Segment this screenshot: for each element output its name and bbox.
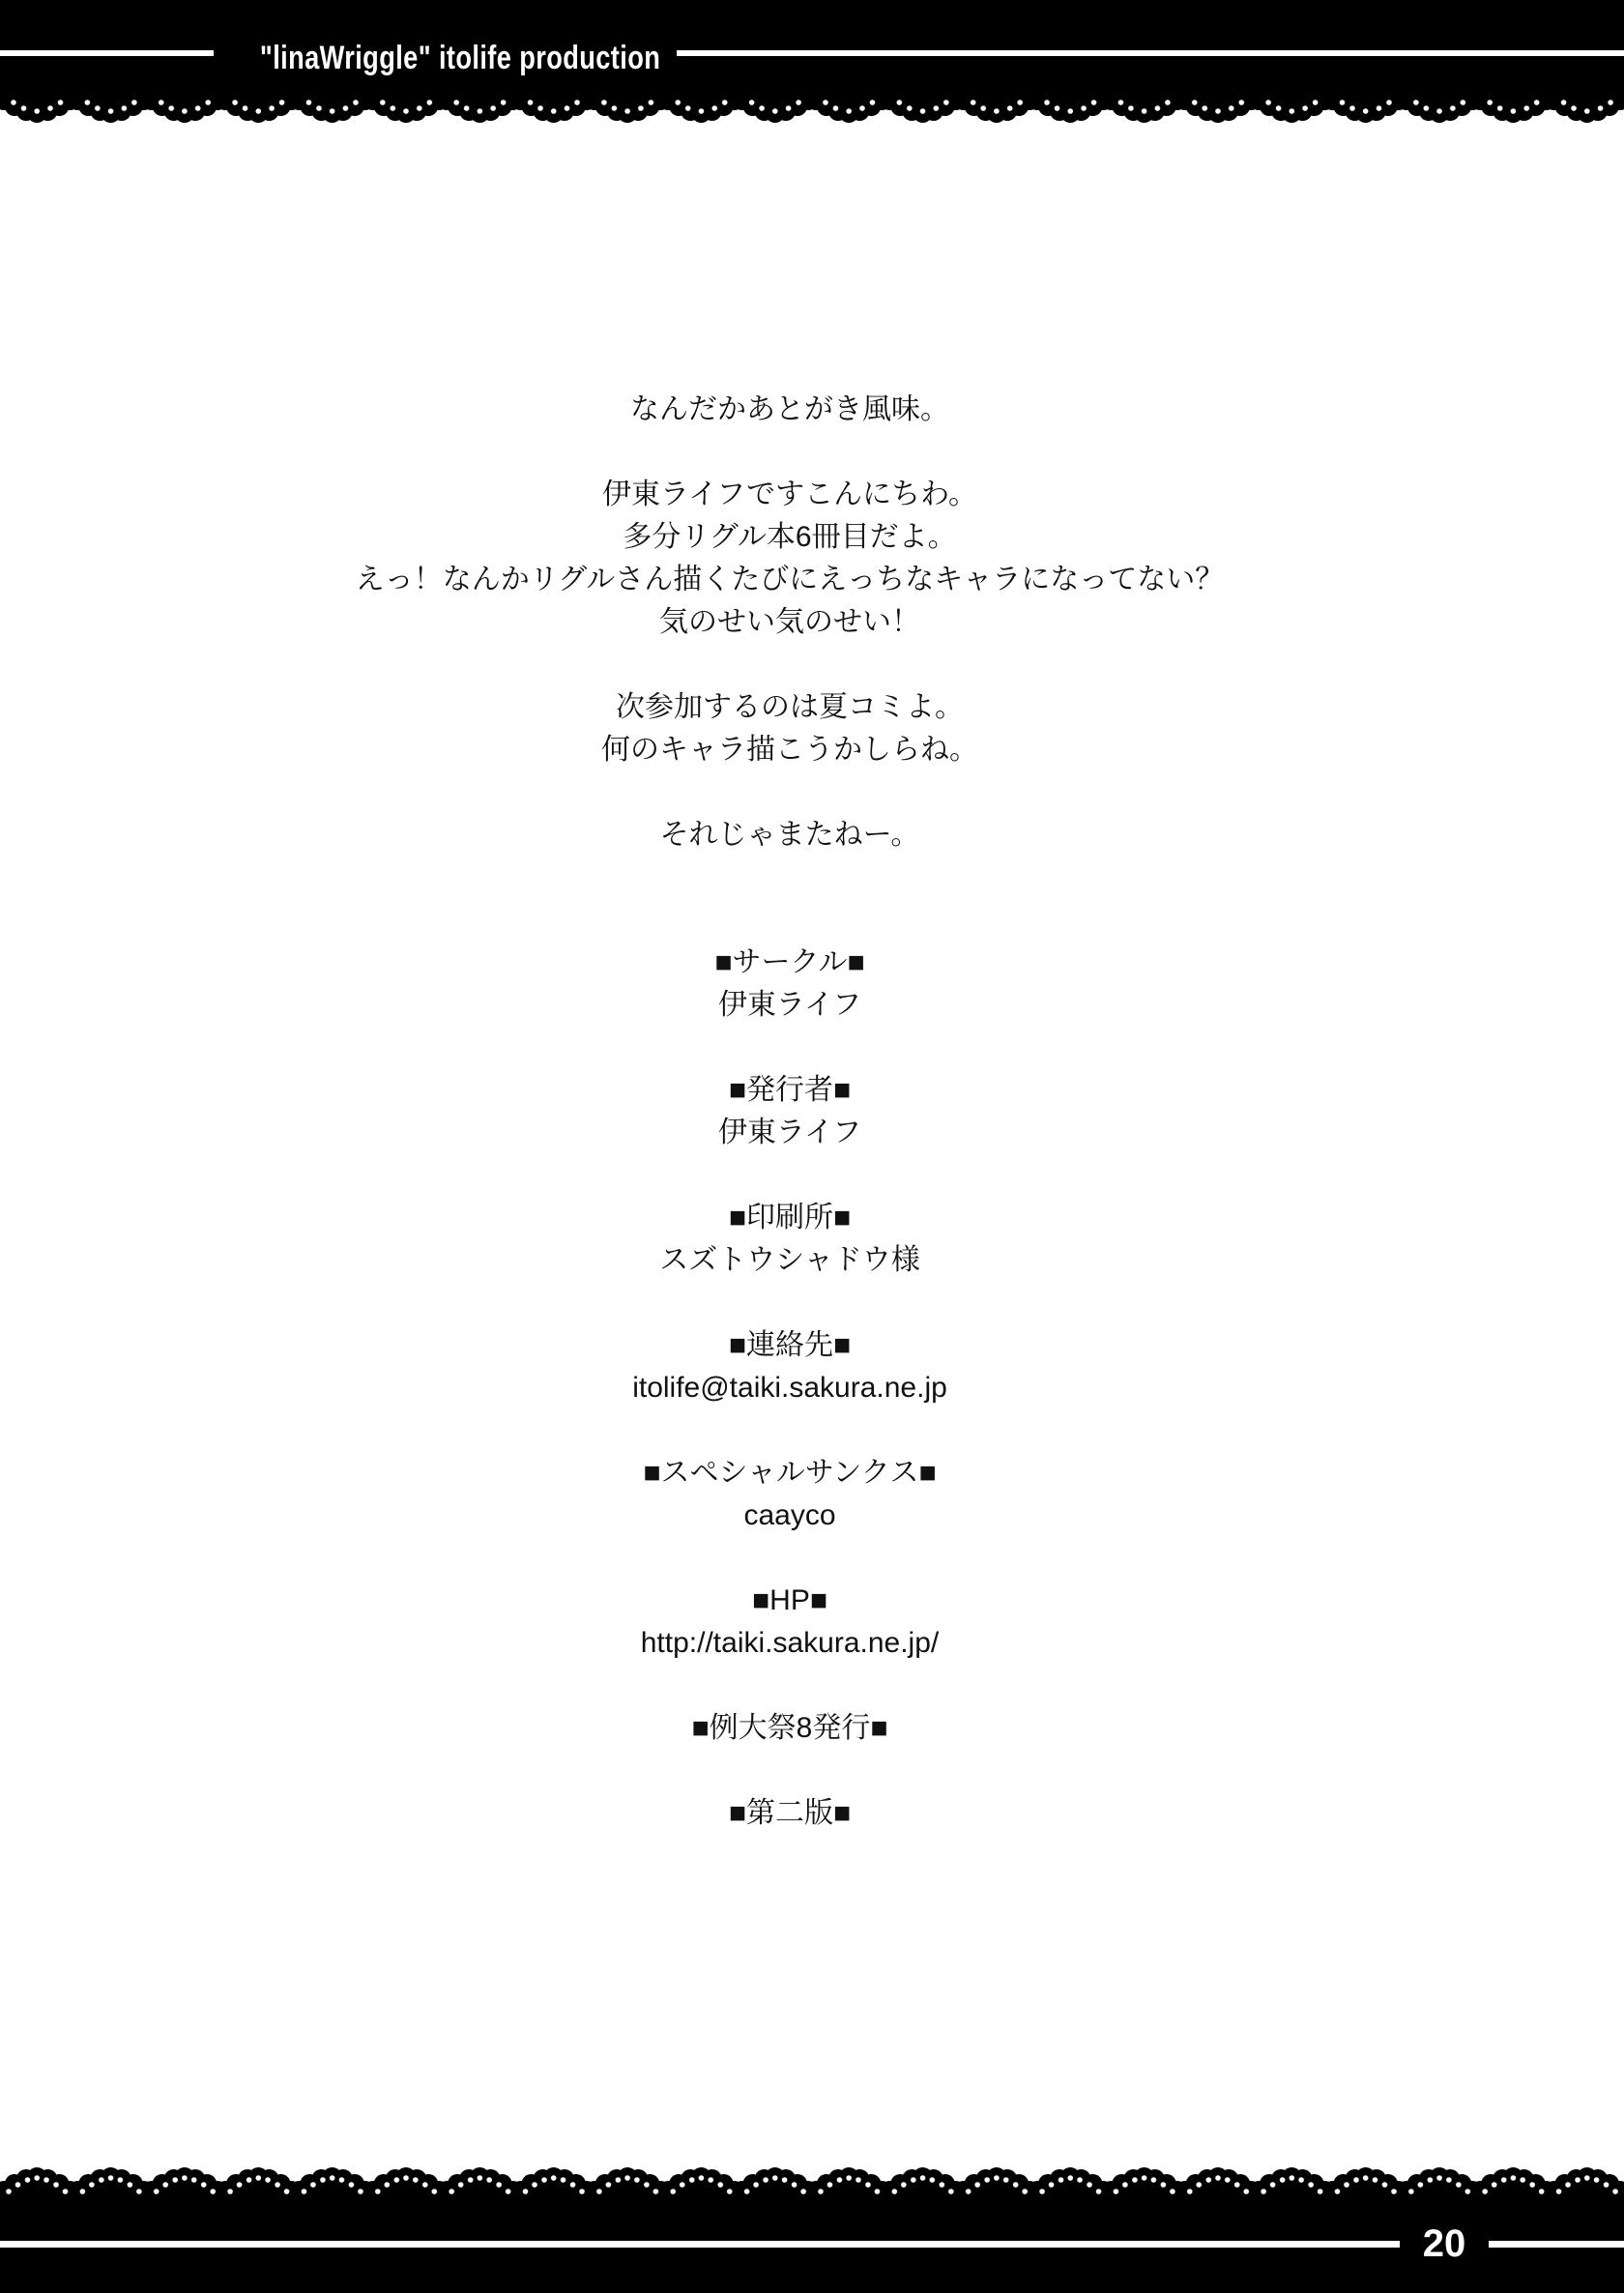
- afterword-line: 気のせい気のせい！: [0, 601, 1580, 644]
- credit-label: ■連絡先■: [0, 1324, 1580, 1367]
- credit-value: 伊東ライフ: [0, 1112, 1580, 1154]
- credit-value: 伊東ライフ: [0, 984, 1580, 1027]
- credit-value: caayco: [0, 1495, 1580, 1537]
- credit-label: ■例大祭8発行■: [0, 1707, 1580, 1750]
- footer-rule-right: [1489, 2241, 1624, 2248]
- credit-label: ■HP■: [0, 1580, 1580, 1622]
- afterword-line: えっ！なんかリグルさん描くたびにえっちなキャラになってない？: [0, 559, 1580, 601]
- lace-border-top: [0, 97, 1624, 130]
- afterword-line: 伊東ライフですこんにちわ。: [0, 474, 1580, 516]
- credit-value-url: http://taiki.sakura.ne.jp/: [0, 1622, 1580, 1665]
- lace-border-bottom: [0, 2167, 1624, 2216]
- top-rule-right: [677, 50, 1624, 56]
- footer-rule-left: [0, 2241, 1400, 2248]
- afterword-line: 何のキャラ描こうかしらね。: [0, 729, 1580, 771]
- afterword-line: 次参加するのは夏コミよ。: [0, 686, 1580, 729]
- credit-label: ■印刷所■: [0, 1197, 1580, 1239]
- top-rule-left: [0, 50, 214, 56]
- credit-label: ■サークル■: [0, 942, 1580, 984]
- bottom-banner: 20: [0, 2167, 1624, 2293]
- afterword-line: 多分リグル本6冊目だよ。: [0, 516, 1580, 559]
- afterword-closing: それじゃまたねー。: [0, 814, 1580, 856]
- credit-label: ■スペシャルサンクス■: [0, 1452, 1580, 1495]
- bottom-bar: 20: [0, 2216, 1624, 2293]
- credit-value: スズトウシャドウ様: [0, 1239, 1580, 1282]
- credit-label: ■第二版■: [0, 1792, 1580, 1835]
- credit-value-email: itolife@taiki.sakura.ne.jp: [0, 1367, 1580, 1409]
- top-banner: "linaWriggle" itolife production: [0, 0, 1624, 97]
- page-number: 20: [1400, 2222, 1489, 2265]
- header-title: "linaWriggle" itolife production: [260, 37, 630, 79]
- doujin-afterword-page: "linaWriggle" itolife production: [0, 0, 1624, 2293]
- afterword-heading: なんだかあとがき風味。: [0, 389, 1580, 431]
- credit-label: ■発行者■: [0, 1069, 1580, 1112]
